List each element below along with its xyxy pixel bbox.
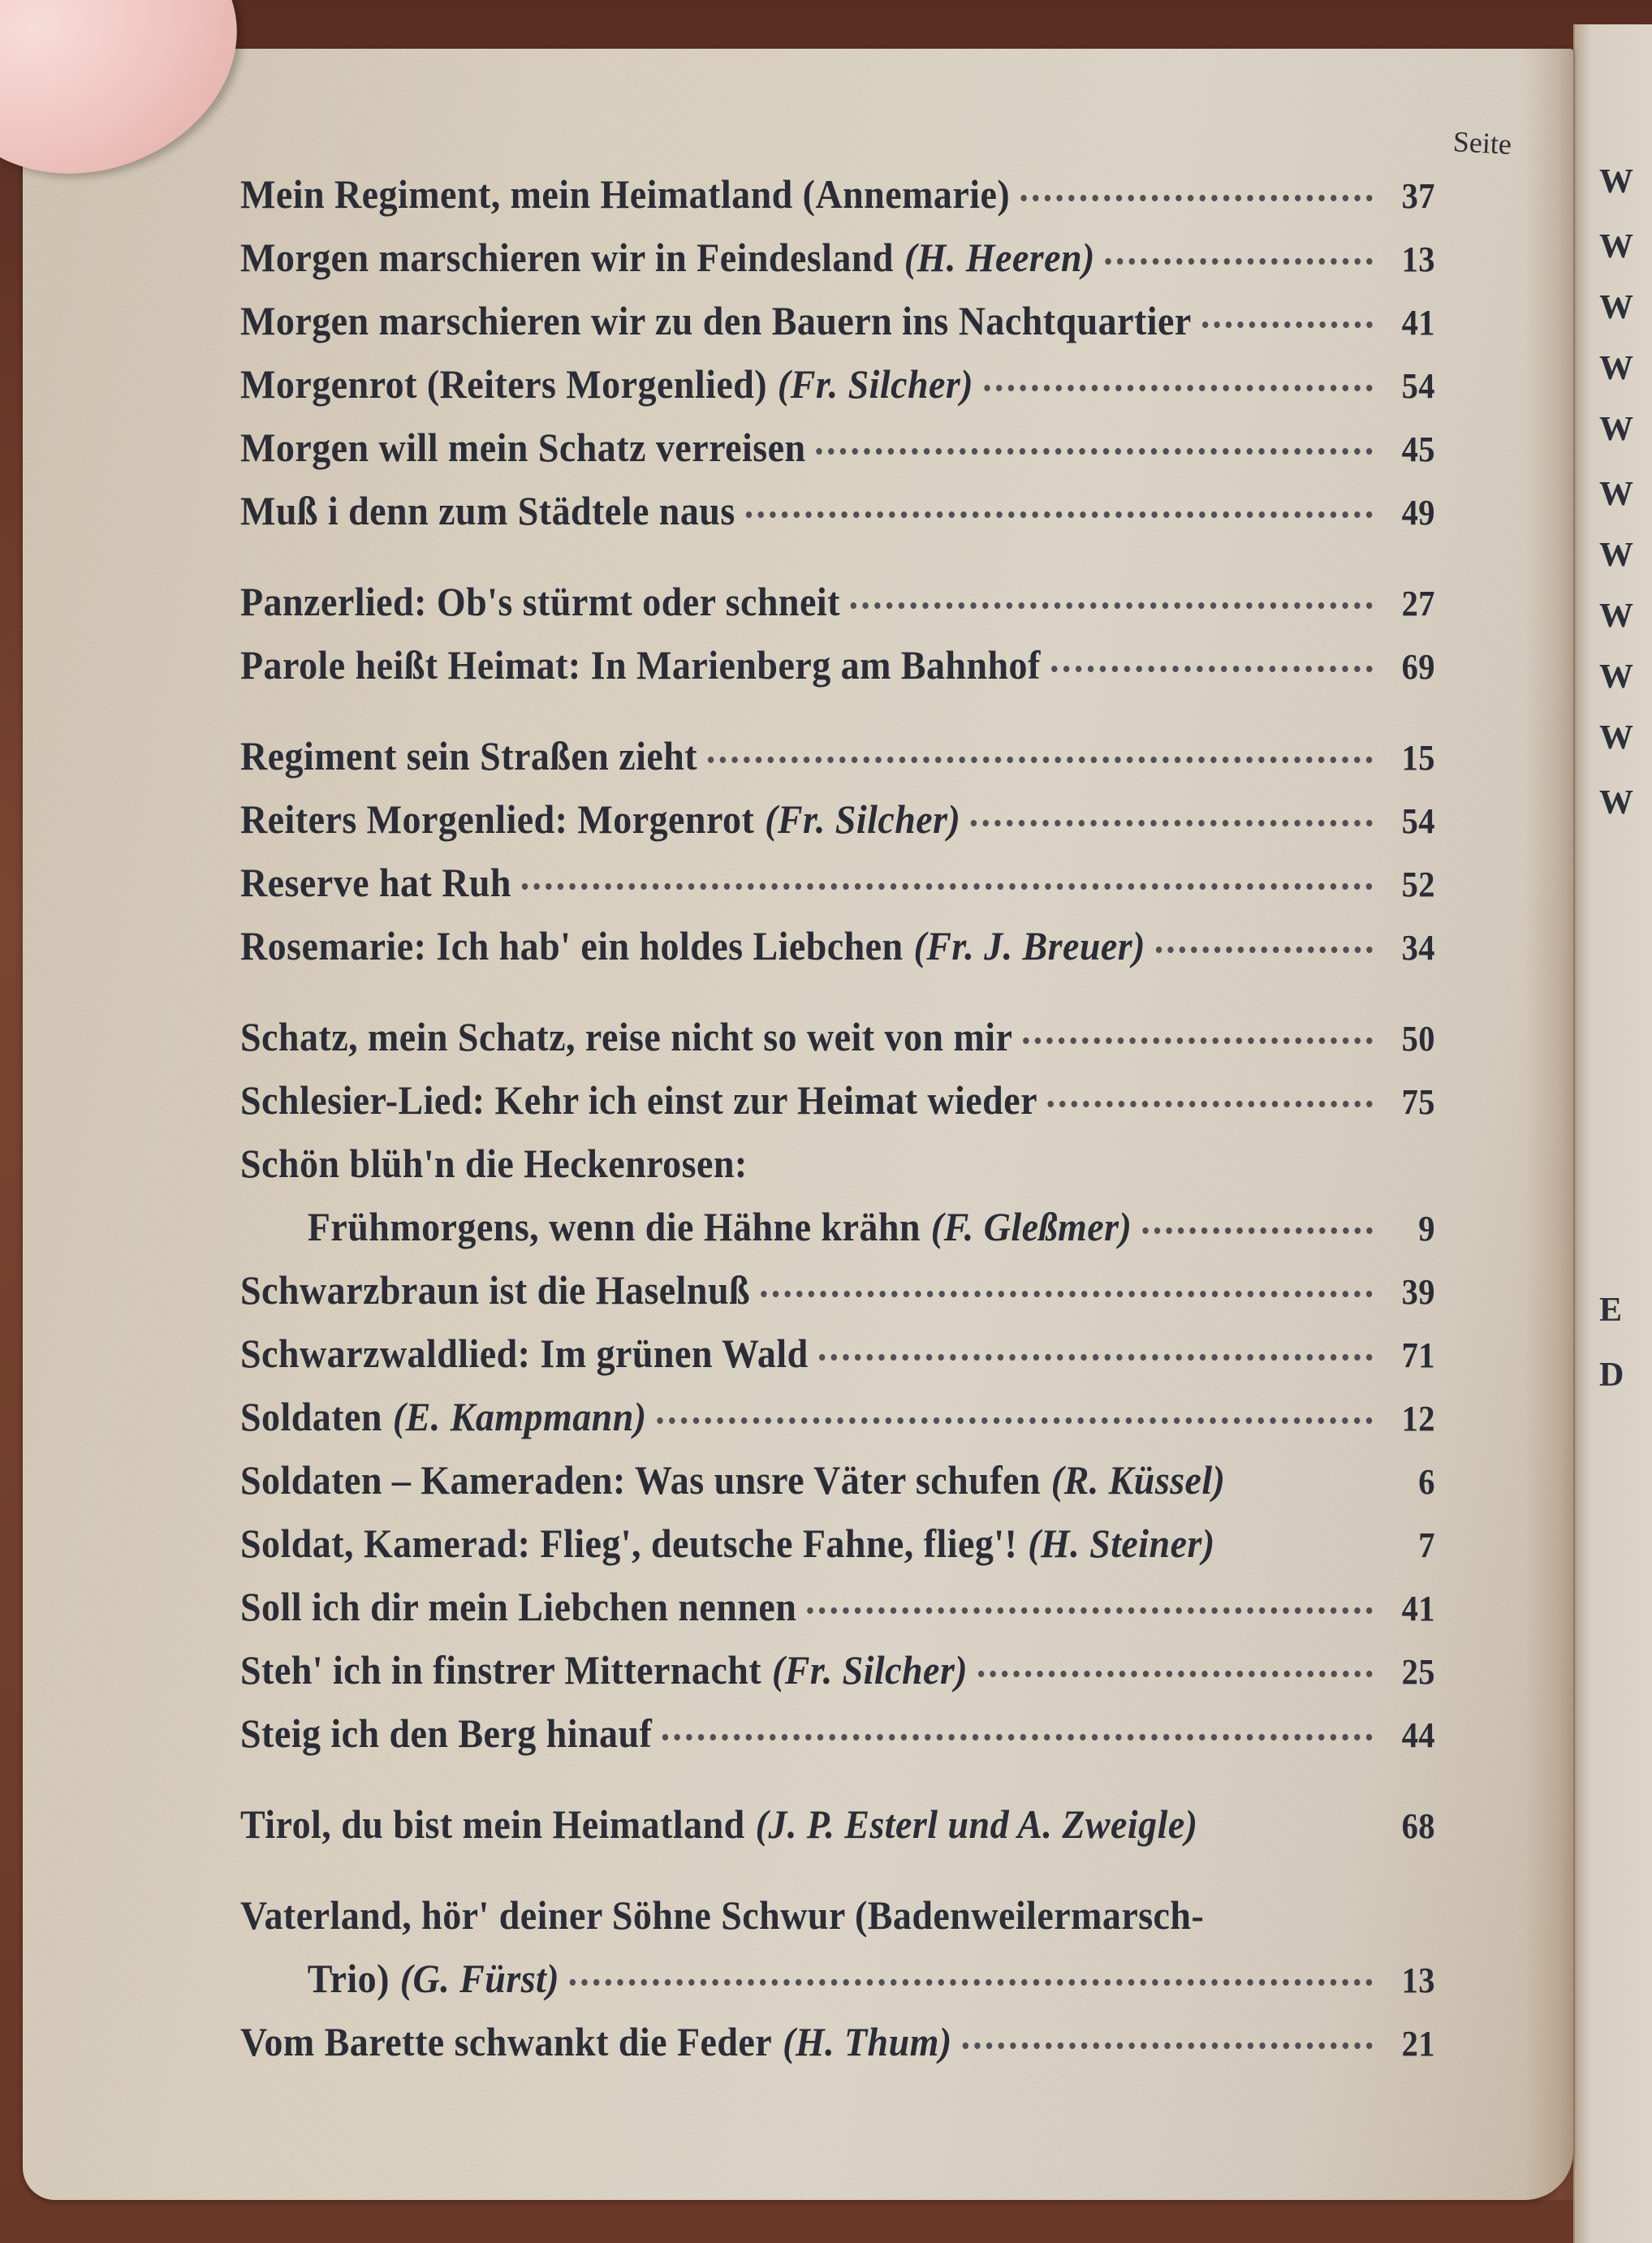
song-title: Steig ich den Berg hinauf (240, 1710, 652, 1757)
toc-entry: Morgen marschieren wir zu den Bauern ins… (240, 297, 1435, 360)
song-composer: (H. Heeren) (904, 234, 1095, 281)
dot-leader (662, 1734, 1373, 1740)
song-composer: (J. P. Esterl und A. Zweigle) (756, 1801, 1198, 1848)
next-page-glyph: W (1599, 536, 1633, 575)
dot-leader (984, 385, 1373, 391)
toc-entry: Mein Regiment, mein Heimatland (Annemari… (240, 170, 1435, 234)
dot-leader (761, 1291, 1373, 1297)
song-composer: (Fr. Silcher) (778, 360, 973, 408)
dot-leader (1202, 321, 1373, 328)
dot-leader (657, 1417, 1372, 1424)
song-title: Soldat, Kamerad: Flieg', deutsche Fahne,… (240, 1520, 1017, 1567)
toc-entry: Reserve hat Ruh52 (240, 859, 1435, 922)
song-title: Soldaten (240, 1393, 382, 1440)
next-page-glyph: E (1599, 1291, 1622, 1330)
song-title: Soll ich dir mein Liebchen nennen (240, 1583, 796, 1630)
page-number: 68 (1383, 1805, 1435, 1847)
toc-entry: Soldaten(E. Kampmann)12 (240, 1393, 1435, 1456)
adjacent-page-edge: W W W W W W W W W W W E D (1573, 24, 1652, 2243)
dot-leader (819, 1354, 1373, 1361)
page-number: 15 (1383, 737, 1435, 779)
song-title: Mein Regiment, mein Heimatland (Annemari… (240, 170, 1010, 218)
dot-leader (851, 602, 1373, 609)
song-title: Schlesier-Lied: Kehr ich einst zur Heima… (240, 1076, 1037, 1124)
next-page-glyph: W (1599, 288, 1633, 327)
page-number: 21 (1383, 2023, 1435, 2064)
song-title: Morgenrot (Reiters Morgenlied) (240, 360, 767, 408)
dot-leader (570, 1979, 1373, 1986)
page-number: 12 (1383, 1398, 1435, 1439)
page-number: 7 (1383, 1525, 1435, 1566)
page-number: 75 (1383, 1081, 1435, 1123)
dot-leader (1020, 195, 1373, 201)
page-number: 9 (1383, 1208, 1435, 1249)
toc-entry: Schwarzbraun ist die Haselnuß39 (240, 1266, 1435, 1330)
page-number: 54 (1383, 800, 1435, 842)
dot-leader (1156, 947, 1373, 953)
song-title: Vom Barette schwankt die Feder (240, 2018, 772, 2065)
next-page-glyph: W (1599, 162, 1633, 201)
song-title: Trio) (240, 1955, 390, 2002)
song-composer: (Fr. Silcher) (765, 796, 960, 843)
toc-entry: Soldaten – Kameraden: Was unsre Väter sc… (240, 1456, 1435, 1520)
dot-leader (971, 820, 1373, 826)
song-title: Rosemarie: Ich hab' ein holdes Liebchen (240, 922, 904, 969)
dot-leader (807, 1607, 1373, 1614)
next-page-glyph: W (1599, 658, 1633, 697)
page-number: 13 (1383, 239, 1435, 280)
toc-entry: Trio)(G. Fürst)13 (240, 1955, 1435, 2018)
song-title: Morgen marschieren wir in Feindesland (240, 234, 894, 281)
song-composer: (F. Gleßmer) (931, 1203, 1132, 1250)
song-title: Parole heißt Heimat: In Marienberg am Ba… (240, 641, 1041, 688)
page-number: 34 (1383, 927, 1435, 968)
page-number: 27 (1383, 583, 1435, 624)
toc-entry: Muß i denn zum Städtele naus49 (240, 487, 1435, 550)
song-composer: (G. Fürst) (400, 1955, 559, 2002)
page-number: 54 (1383, 365, 1435, 407)
song-title: Soldaten – Kameraden: Was unsre Väter sc… (240, 1456, 1041, 1503)
toc-entry: Schwarzwaldlied: Im grünen Wald71 (240, 1330, 1435, 1393)
toc-entry: Rosemarie: Ich hab' ein holdes Liebchen(… (240, 922, 1435, 986)
toc-entry: Parole heißt Heimat: In Marienberg am Ba… (240, 641, 1435, 705)
song-composer: (R. Küssel) (1051, 1456, 1226, 1503)
page-number: 13 (1383, 1960, 1435, 2001)
song-title: Muß i denn zum Städtele naus (240, 487, 735, 534)
toc-entry: Soll ich dir mein Liebchen nennen41 (240, 1583, 1435, 1646)
dot-leader (1142, 1227, 1373, 1234)
toc-entry: Schön blüh'n die Heckenrosen: (240, 1140, 1435, 1203)
dot-leader (1048, 1101, 1373, 1107)
toc-entry: Soldat, Kamerad: Flieg', deutsche Fahne,… (240, 1520, 1435, 1583)
page-column-header: Seite (1452, 124, 1512, 162)
page-number: 52 (1383, 864, 1435, 905)
toc-entry: Tirol, du bist mein Heimatland(J. P. Est… (240, 1801, 1435, 1864)
next-page-glyph: W (1599, 783, 1633, 822)
song-composer: (H. Steiner) (1028, 1520, 1214, 1567)
toc-entry: Morgen will mein Schatz verreisen45 (240, 424, 1435, 487)
page-number: 6 (1383, 1461, 1435, 1503)
song-composer: (E. Kampmann) (393, 1393, 647, 1440)
page-number: 39 (1383, 1271, 1435, 1313)
page-number: 41 (1383, 1588, 1435, 1629)
page-number: 25 (1383, 1651, 1435, 1693)
toc-entry: Schlesier-Lied: Kehr ich einst zur Heima… (240, 1076, 1435, 1140)
toc-entry: Reiters Morgenlied: Morgenrot(Fr. Silche… (240, 796, 1435, 859)
dot-leader (708, 757, 1373, 763)
page-number: 41 (1383, 302, 1435, 343)
song-title: Panzerlied: Ob's stürmt oder schneit (240, 578, 840, 625)
page-number: 37 (1383, 175, 1435, 217)
song-title: Tirol, du bist mein Heimatland (240, 1801, 745, 1848)
next-page-glyph: W (1599, 475, 1633, 514)
page-number: 50 (1383, 1018, 1435, 1059)
next-page-glyph: W (1599, 410, 1633, 449)
toc-entry: Regiment sein Straßen zieht15 (240, 732, 1435, 796)
toc-entry: Steig ich den Berg hinauf44 (240, 1710, 1435, 1773)
dot-leader (816, 448, 1372, 455)
song-title: Frühmorgens, wenn die Hähne krähn (240, 1203, 921, 1250)
toc-entry: Steh' ich in finstrer Mitternacht(Fr. Si… (240, 1646, 1435, 1710)
page-number: 49 (1383, 492, 1435, 533)
dot-leader (746, 511, 1373, 518)
next-page-glyph: D (1599, 1356, 1624, 1395)
toc-entry: Vom Barette schwankt die Feder(H. Thum)2… (240, 2018, 1435, 2081)
dot-leader (1051, 666, 1373, 672)
page-number: 69 (1383, 646, 1435, 688)
dot-leader (963, 2042, 1373, 2049)
page-number: 71 (1383, 1335, 1435, 1376)
song-composer: (Fr. J. Breuer) (913, 922, 1145, 969)
page-number: 45 (1383, 429, 1435, 470)
next-page-glyph: W (1599, 349, 1633, 388)
song-title: Schön blüh'n die Heckenrosen: (240, 1140, 748, 1187)
next-page-glyph: W (1599, 718, 1633, 757)
dot-leader (1023, 1037, 1373, 1044)
toc-entry: Schatz, mein Schatz, reise nicht so weit… (240, 1013, 1435, 1076)
dot-leader (978, 1671, 1373, 1677)
song-title: Steh' ich in finstrer Mitternacht (240, 1646, 761, 1693)
toc-entry: Morgenrot (Reiters Morgenlied)(Fr. Silch… (240, 360, 1435, 424)
song-title: Schwarzbraun ist die Haselnuß (240, 1266, 750, 1313)
song-title: Morgen will mein Schatz verreisen (240, 424, 806, 471)
toc-entry: Frühmorgens, wenn die Hähne krähn(F. Gle… (240, 1203, 1435, 1266)
dot-leader (522, 883, 1373, 890)
song-title: Schwarzwaldlied: Im grünen Wald (240, 1330, 809, 1377)
toc-entry: Panzerlied: Ob's stürmt oder schneit27 (240, 578, 1435, 641)
toc-entry: Morgen marschieren wir in Feindesland(H.… (240, 234, 1435, 297)
song-title: Morgen marschieren wir zu den Bauern ins… (240, 297, 1192, 344)
table-of-contents: Mein Regiment, mein Heimatland (Annemari… (240, 170, 1539, 2081)
page-number: 44 (1383, 1715, 1435, 1756)
dot-leader (1106, 258, 1373, 265)
next-page-glyph: W (1599, 597, 1633, 636)
next-page-glyph: W (1599, 227, 1633, 266)
song-title: Schatz, mein Schatz, reise nicht so weit… (240, 1013, 1012, 1060)
song-composer: (Fr. Silcher) (772, 1646, 968, 1693)
song-title: Regiment sein Straßen zieht (240, 732, 697, 779)
toc-entry: Vaterland, hör' deiner Söhne Schwur (Bad… (240, 1891, 1435, 1955)
song-composer: (H. Thum) (783, 2018, 952, 2065)
song-title: Reserve hat Ruh (240, 859, 511, 906)
song-title: Reiters Morgenlied: Morgenrot (240, 796, 754, 843)
song-title: Vaterland, hör' deiner Söhne Schwur (Bad… (240, 1891, 1204, 1939)
